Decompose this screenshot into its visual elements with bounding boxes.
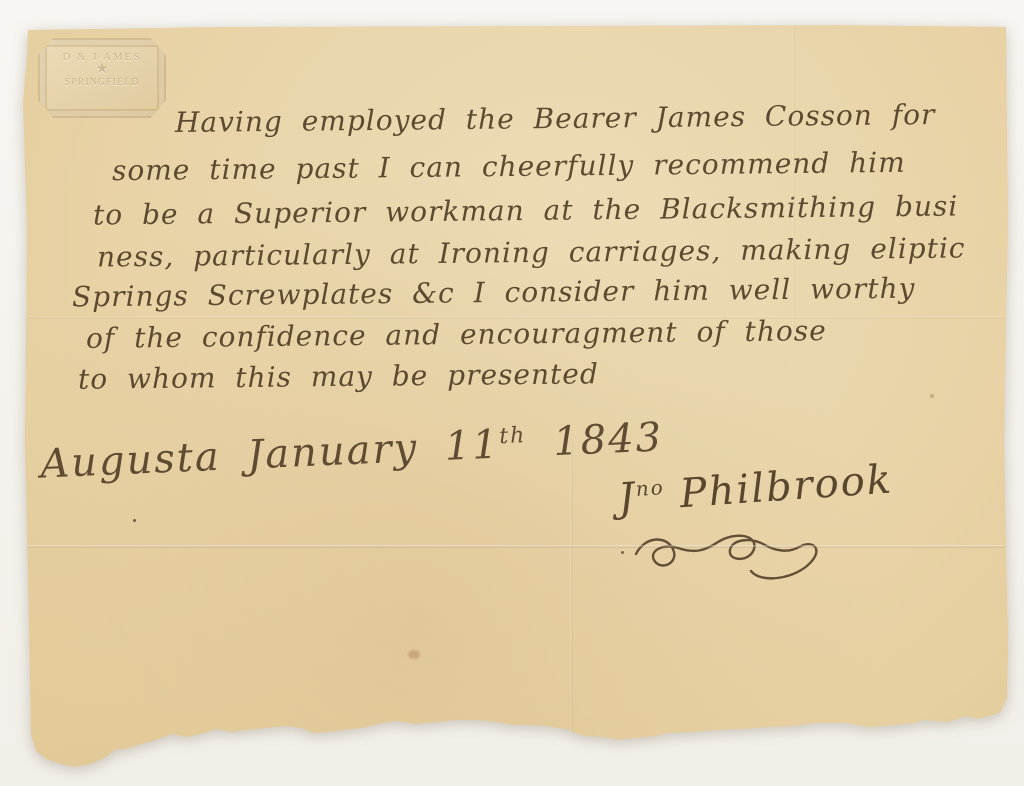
signature-surname: Philbrook xyxy=(678,456,894,517)
letter-line-6: of the confidence and encouragment of th… xyxy=(86,314,827,355)
fold-crease-vertical xyxy=(570,442,573,774)
dateline-day-suffix: th xyxy=(499,423,527,449)
letter-line-5: Springs Screwplates &c I consider him we… xyxy=(72,272,916,314)
letter-line-2: some time past I can cheerfully recommen… xyxy=(112,146,906,187)
ink-speck xyxy=(133,519,136,522)
scan-background: D & J AMES ★ SPRINGFIELD Having employed… xyxy=(0,0,1024,786)
fold-crease-horizontal xyxy=(18,545,1010,548)
letter-line-7: to whom this may be presented xyxy=(78,357,599,395)
paper-stain xyxy=(408,650,420,659)
ink-speck xyxy=(621,551,624,554)
paper-shadow-wrapper: D & J AMES ★ SPRINGFIELD Having employed… xyxy=(0,0,1024,786)
letter-line-1: Having employed the Bearer James Cosson … xyxy=(175,98,936,139)
paper-stain xyxy=(930,394,934,398)
embossed-stamp-place-text: SPRINGFIELD xyxy=(38,77,166,88)
embossed-stamp: D & J AMES ★ SPRINGFIELD xyxy=(38,38,166,118)
letter-line-4: ness, particularly at Ironing carriages,… xyxy=(97,231,966,273)
dateline-place-and-date: Augusta January 11 xyxy=(39,422,500,488)
signature-flourish xyxy=(628,520,838,588)
letter-line-3: to be a Superior workman at the Blacksmi… xyxy=(93,189,959,231)
dateline: Augusta January 11th 1843 xyxy=(39,414,664,487)
signature: Jno Philbrook xyxy=(617,456,895,521)
dateline-year: 1843 xyxy=(552,414,664,465)
star-icon: ★ xyxy=(38,63,166,77)
signature-superscript: no xyxy=(635,475,666,501)
paper-sheet: D & J AMES ★ SPRINGFIELD Having employed… xyxy=(18,22,1010,774)
